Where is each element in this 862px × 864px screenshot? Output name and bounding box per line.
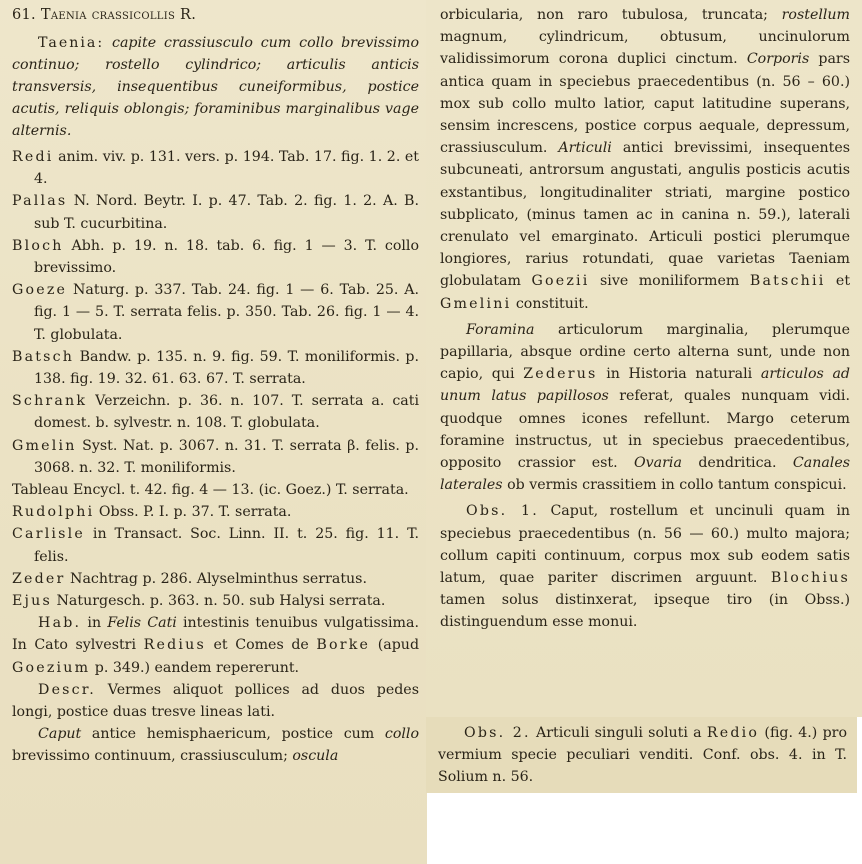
- reference-author: Schrank: [12, 393, 87, 409]
- term: rostellum: [782, 7, 850, 23]
- body-text: et: [836, 273, 850, 289]
- obs-lead: Obs. 1.: [466, 503, 539, 519]
- author-name: Blochius: [771, 570, 850, 586]
- foramina-paragraph: Foramina articulorum marginalia, plerumq…: [440, 319, 850, 497]
- body-text: dendritica.: [698, 455, 776, 471]
- term: oscula: [292, 748, 338, 764]
- reference-author: Goeze: [12, 282, 67, 298]
- reference-item: Carlisle in Transact. Soc. Linn. II. t. …: [12, 523, 419, 567]
- term: collo: [385, 726, 419, 742]
- reference-item: Bloch Abh. p. 19. n. 18. tab. 6. fig. 1 …: [12, 235, 419, 279]
- habitat-lead: Hab.: [38, 615, 81, 631]
- author-name: Borke: [316, 637, 370, 653]
- reference-text: N. Nord. Beytr. I. p. 47. Tab. 2. fig. 1…: [34, 193, 419, 231]
- reference-author: Gmelin: [12, 438, 77, 454]
- term: Caput: [38, 726, 81, 742]
- body-text: in Historia naturali: [606, 366, 752, 382]
- reference-text: Nachtrag p. 286. Alyselminthus serratus.: [70, 571, 367, 587]
- species-number: 61.: [12, 7, 36, 23]
- body-text: sive moniliformem: [600, 273, 739, 289]
- reference-text: Naturg. p. 337. Tab. 24. fig. 1 — 6. Tab…: [34, 282, 419, 342]
- description-paragraph: Descr. Vermes aliquot pollices ad duos p…: [12, 679, 419, 723]
- author-name: Goezium: [12, 660, 90, 676]
- reference-text: Bandw. p. 135. n. 9. fig. 59. T. monilif…: [34, 349, 419, 387]
- obs2-paragraph: Obs. 2. Articuli singuli soluti a Redio …: [438, 722, 847, 789]
- habitat-text: in: [87, 615, 101, 631]
- reference-text: Obss. P. I. p. 37. T. serrata.: [99, 504, 292, 520]
- reference-text: Abh. p. 19. n. 18. tab. 6. fig. 1 — 3. T…: [34, 238, 419, 276]
- term: Articuli: [558, 140, 611, 156]
- reference-item: Schrank Verzeichn. p. 36. n. 107. T. ser…: [12, 390, 419, 434]
- reference-item: Goeze Naturg. p. 337. Tab. 24. fig. 1 — …: [12, 279, 419, 346]
- body-text: antici brevissimi, insequentes subcuneat…: [440, 140, 850, 289]
- reference-text: Syst. Nat. p. 3067. n. 31. T. serrata β.…: [34, 438, 419, 476]
- author-name: Gmelini: [440, 296, 511, 312]
- reference-author: Batsch: [12, 349, 74, 365]
- habitat-paragraph: Hab. in Felis Cati intestinis tenuibus v…: [12, 612, 419, 679]
- author-name: Zederus: [523, 366, 597, 382]
- reference-item: Redi anim. viv. p. 131. vers. p. 194. Ta…: [12, 146, 419, 190]
- species-name: Taenia crassicollis: [41, 7, 175, 23]
- caput-paragraph: Caput antice hemisphaericum, postice cum…: [12, 723, 419, 767]
- body-text: Articuli singuli soluti a: [536, 725, 702, 741]
- diagnosis-lead: Taenia:: [38, 35, 104, 51]
- reference-item: Zeder Nachtrag p. 286. Alyselminthus ser…: [12, 568, 419, 590]
- reference-item: Tableau Encycl. t. 42. fig. 4 — 13. (ic.…: [12, 479, 419, 501]
- term: Foramina: [466, 322, 534, 338]
- author-name: Redio: [707, 725, 759, 741]
- reference-text: anim. viv. p. 131. vers. p. 194. Tab. 17…: [34, 149, 419, 187]
- caput-text: brevissimo continuum, crassiusculum;: [12, 748, 288, 764]
- species-heading: 61. Taenia crassicollis R.: [12, 4, 419, 26]
- obs-lead: Obs. 2.: [464, 725, 531, 741]
- obs2-panel: Obs. 2. Articuli singuli soluti a Redio …: [426, 717, 857, 793]
- reference-author: Carlisle: [12, 526, 85, 542]
- term: Corporis: [747, 51, 809, 67]
- body-text: orbicularia, non raro tubulosa, truncata…: [440, 7, 768, 23]
- habitat-text: (apud: [378, 637, 419, 653]
- reference-item: Rudolphi Obss. P. I. p. 37. T. serrata.: [12, 501, 419, 523]
- author-name: Batschii: [750, 273, 826, 289]
- reference-author: Zeder: [12, 571, 66, 587]
- reference-text: Naturgesch. p. 363. n. 50. sub Halysi se…: [57, 593, 386, 609]
- diagnosis: Taenia: capite crassiusculo cum collo br…: [12, 32, 419, 142]
- reference-item: Batsch Bandw. p. 135. n. 9. fig. 59. T. …: [12, 346, 419, 390]
- description-lead: Descr.: [38, 682, 96, 698]
- author-name: Goezii: [531, 273, 589, 289]
- caput-text: antice hemisphaericum, postice cum: [92, 726, 374, 742]
- reference-text: Verzeichn. p. 36. n. 107. T. serrata a. …: [34, 393, 419, 431]
- habitat-text: et Comes de: [214, 637, 309, 653]
- reference-text: in Transact. Soc. Linn. II. t. 25. fig. …: [34, 526, 419, 564]
- host-name: Felis Cati: [107, 615, 177, 631]
- author-name: Redius: [144, 637, 206, 653]
- right-column: orbicularia, non raro tubulosa, truncata…: [426, 0, 862, 717]
- continuation-paragraph: orbicularia, non raro tubulosa, truncata…: [440, 4, 850, 315]
- reference-author: Tableau: [12, 482, 68, 498]
- term: Ovaria: [634, 455, 682, 471]
- reference-author: Pallas: [12, 193, 67, 209]
- reference-text: Encycl. t. 42. fig. 4 — 13. (ic. Goez.) …: [73, 482, 409, 498]
- body-text: tamen solus distinxerat, ipseque tiro (i…: [440, 592, 850, 630]
- species-author: R.: [180, 7, 196, 23]
- reference-author: Redi: [12, 149, 54, 165]
- reference-item: Ejus Naturgesch. p. 363. n. 50. sub Haly…: [12, 590, 419, 612]
- reference-author: Ejus: [12, 593, 52, 609]
- left-column: 61. Taenia crassicollis R. Taenia: capit…: [0, 0, 427, 864]
- reference-item: Pallas N. Nord. Beytr. I. p. 47. Tab. 2.…: [12, 190, 419, 234]
- reference-author: Bloch: [12, 238, 64, 254]
- obs1-paragraph: Obs. 1. Caput, rostellum et uncinuli qua…: [440, 500, 850, 633]
- habitat-text: p. 349.) eandem repererunt.: [95, 660, 299, 676]
- reference-author: Rudolphi: [12, 504, 94, 520]
- reference-list: Redi anim. viv. p. 131. vers. p. 194. Ta…: [12, 146, 419, 612]
- reference-item: Gmelin Syst. Nat. p. 3067. n. 31. T. ser…: [12, 435, 419, 479]
- body-text: ob vermis crassitiem in collo tantum con…: [507, 477, 847, 493]
- body-text: constituit.: [516, 296, 589, 312]
